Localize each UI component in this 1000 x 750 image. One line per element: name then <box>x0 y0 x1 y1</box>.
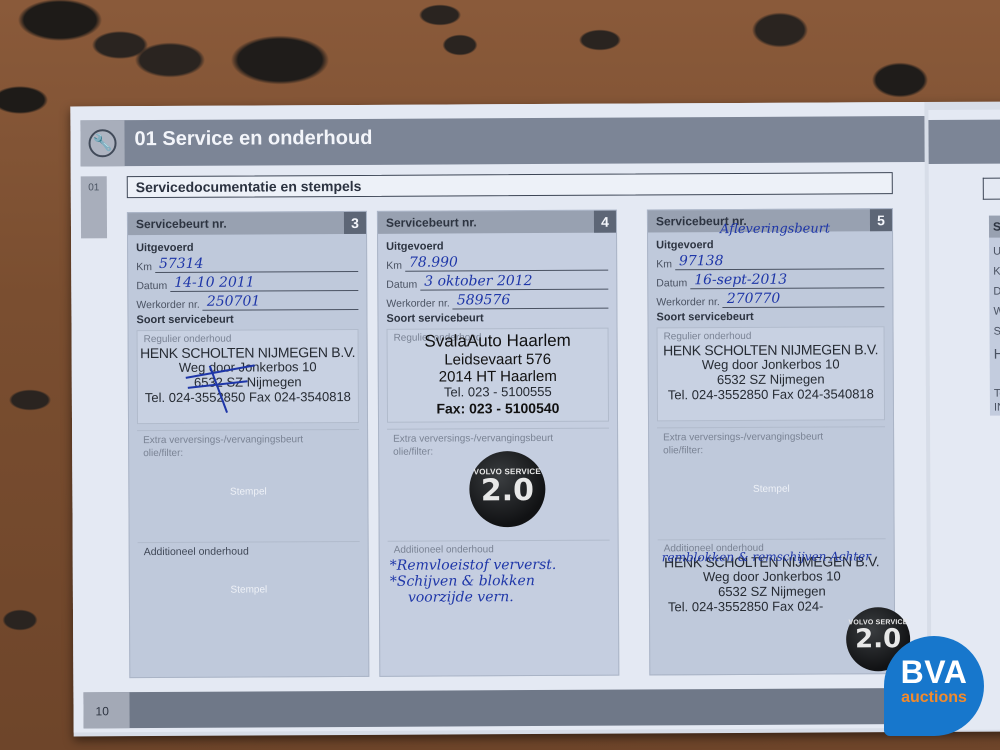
card-header: Servicebeurt nr. 4 <box>378 211 616 234</box>
stamp-phone: Tel. 024-3552850 Fax 024- <box>658 599 886 615</box>
right-page-card: Se U K D W S HE Te ING <box>989 215 1000 415</box>
card-number: 5 <box>870 209 892 231</box>
regular-service-box: Regulier onderhoud SvalaAuto Haarlem Lei… <box>387 328 609 423</box>
date-label: Datum <box>136 280 167 292</box>
stamp-phone: Tel. 024-3552850 Fax 024-3540818 <box>138 390 358 406</box>
km-value: 97138 <box>679 253 724 269</box>
card-number: 4 <box>594 211 616 233</box>
right-line: Te <box>990 387 1000 399</box>
work-order-label: Werkorder nr. <box>136 299 199 311</box>
additional-note-1: *Remvloeistof ververst. <box>390 557 600 574</box>
work-order-label: Werkorder nr. <box>386 297 449 309</box>
performed-label: Uitgevoerd <box>656 238 884 251</box>
extra-service-box: Extra verversings-/vervangingsbeurt olie… <box>137 429 360 538</box>
stamp-name: SvalaAuto Haarlem <box>388 331 608 352</box>
km-value: 78.990 <box>409 254 458 270</box>
right-card-title: Se <box>989 215 1000 237</box>
km-field: Km 57314 <box>136 255 358 273</box>
card-title: Servicebeurt nr. <box>136 217 227 231</box>
right-line: S <box>990 325 1000 337</box>
stamp-fax: Fax: 023 - 5100540 <box>388 400 608 417</box>
section-title: Servicedocumentatie en stempels <box>127 172 893 198</box>
right-line: W <box>989 305 1000 317</box>
card-title: Servicebeurt nr. <box>386 215 477 229</box>
service-type-label: Soort servicebeurt <box>656 310 884 323</box>
date-field: Datum 16-sept-2013 <box>656 271 884 289</box>
extra-label: Extra verversings-/vervangingsbeurt <box>393 432 603 446</box>
additional-label: Additioneel onderhoud <box>394 544 604 556</box>
extra-service-box: Extra verversings-/vervangingsbeurt olie… <box>387 428 610 537</box>
right-line: HE <box>990 345 1000 361</box>
additional-service-box: Additioneel onderhoud Stempel <box>138 541 361 660</box>
right-line: ING <box>990 401 1000 413</box>
performed-label: Uitgevoerd <box>136 241 358 254</box>
service-booklet: 🔧 01 Service en onderhoud 01 Servicedocu… <box>70 102 1000 737</box>
volvo-service-badge: VOLVO SERVICE 2.0 <box>469 451 545 527</box>
km-label: Km <box>656 258 672 270</box>
right-line: K <box>989 265 1000 277</box>
km-value: 57314 <box>159 256 204 272</box>
work-order-value: 250701 <box>207 293 261 309</box>
date-value: 14-10 2011 <box>174 275 255 291</box>
km-label: Km <box>136 261 152 273</box>
work-order-value: 589576 <box>457 292 511 308</box>
right-line: D <box>989 285 1000 297</box>
performed-label: Uitgevoerd <box>386 240 608 253</box>
date-field: Datum 3 oktober 2012 <box>386 273 608 291</box>
card-number: 3 <box>344 212 366 234</box>
additional-note-3: voorzijde vern. <box>408 589 618 606</box>
extra-label-2: olie/filter: <box>143 446 353 460</box>
work-order-field: Werkorder nr. 250701 <box>136 293 358 311</box>
date-value: 3 oktober 2012 <box>424 273 532 290</box>
stamp-placeholder: Stempel <box>657 483 885 495</box>
extra-service-box: Extra verversings-/vervangingsbeurt olie… <box>657 426 886 535</box>
stamp-placeholder: Stempel <box>137 486 359 498</box>
chapter-title: 01 Service en onderhoud <box>134 127 372 151</box>
stamp-placeholder: Stempel <box>138 584 360 596</box>
extra-label: Extra verversings-/vervangingsbeurt <box>663 430 879 444</box>
date-value: 16-sept-2013 <box>694 272 787 288</box>
card-header: Servicebeurt nr. 3 <box>128 212 366 235</box>
left-page: 🔧 01 Service en onderhoud 01 Servicedocu… <box>70 102 927 732</box>
right-page-header <box>928 120 1000 164</box>
footer-band <box>83 688 927 728</box>
stamp-phone: Tel. 023 - 5100555 <box>388 385 608 401</box>
chapter-icon-box: 🔧 <box>80 120 124 166</box>
extra-label: Extra verversings-/vervangingsbeurt <box>143 433 353 447</box>
dealer-stamp: HENK SCHOLTEN NIJMEGEN B.V. Weg door Jon… <box>138 344 358 406</box>
work-order-field: Werkorder nr. 589576 <box>386 292 608 310</box>
bva-auctions-logo: BVA auctions <box>884 636 984 736</box>
work-order-value: 270770 <box>727 291 781 307</box>
stamp-phone: Tel. 024-3552850 Fax 024-3540818 <box>658 387 884 403</box>
extra-label-2: olie/filter: <box>663 443 879 457</box>
additional-note: remblokken & remschijven Achter <box>662 549 871 564</box>
dealer-stamp: SvalaAuto Haarlem Leidsevaart 576 2014 H… <box>388 331 608 417</box>
logo-sub: auctions <box>884 689 984 707</box>
wrench-icon: 🔧 <box>88 129 116 157</box>
date-label: Datum <box>386 279 417 291</box>
date-label: Datum <box>656 277 687 289</box>
regular-service-box: Regulier onderhoud HENK SCHOLTEN NIJMEGE… <box>657 326 885 421</box>
stamp-name: HENK SCHOLTEN NIJMEGEN B.V. <box>138 344 358 361</box>
service-card-5: Servicebeurt nr. 5 Afleveringsbeurt Uitg… <box>647 208 895 675</box>
additional-label: Additioneel onderhoud <box>144 545 354 558</box>
stamp-street: Leidsevaart 576 <box>388 350 608 368</box>
stamp-city: 2014 HT Haarlem <box>388 367 608 385</box>
work-order-label: Werkorder nr. <box>656 296 719 308</box>
right-line: U <box>989 245 1000 257</box>
chapter-tab: 01 <box>81 176 107 238</box>
badge-version: 2.0 <box>469 476 545 506</box>
km-label: Km <box>386 260 402 272</box>
page-number: 10 <box>83 692 129 728</box>
logo-brand: BVA <box>884 654 984 691</box>
service-card-3: Servicebeurt nr. 3 Uitgevoerd Km 57314 D… <box>127 211 369 678</box>
km-field: Km 78.990 <box>386 254 608 272</box>
service-card-4: Servicebeurt nr. 4 Uitgevoerd Km 78.990 … <box>377 210 619 677</box>
service-type-label: Soort servicebeurt <box>386 312 608 325</box>
dealer-stamp: HENK SCHOLTEN NIJMEGEN B.V. Weg door Jon… <box>658 341 884 403</box>
km-field: Km 97138 <box>656 252 884 270</box>
date-field: Datum 14-10 2011 <box>136 274 358 292</box>
right-page-section-box <box>983 177 1000 199</box>
regular-service-box: Regulier onderhoud HENK SCHOLTEN NIJMEGE… <box>137 329 359 424</box>
work-order-field: Werkorder nr. 270770 <box>656 290 884 308</box>
additional-service-box: Additioneel onderhoud *Remvloeistof verv… <box>388 540 611 659</box>
additional-note-2: *Schijven & blokken <box>390 573 600 590</box>
service-type-label: Soort servicebeurt <box>136 313 358 326</box>
